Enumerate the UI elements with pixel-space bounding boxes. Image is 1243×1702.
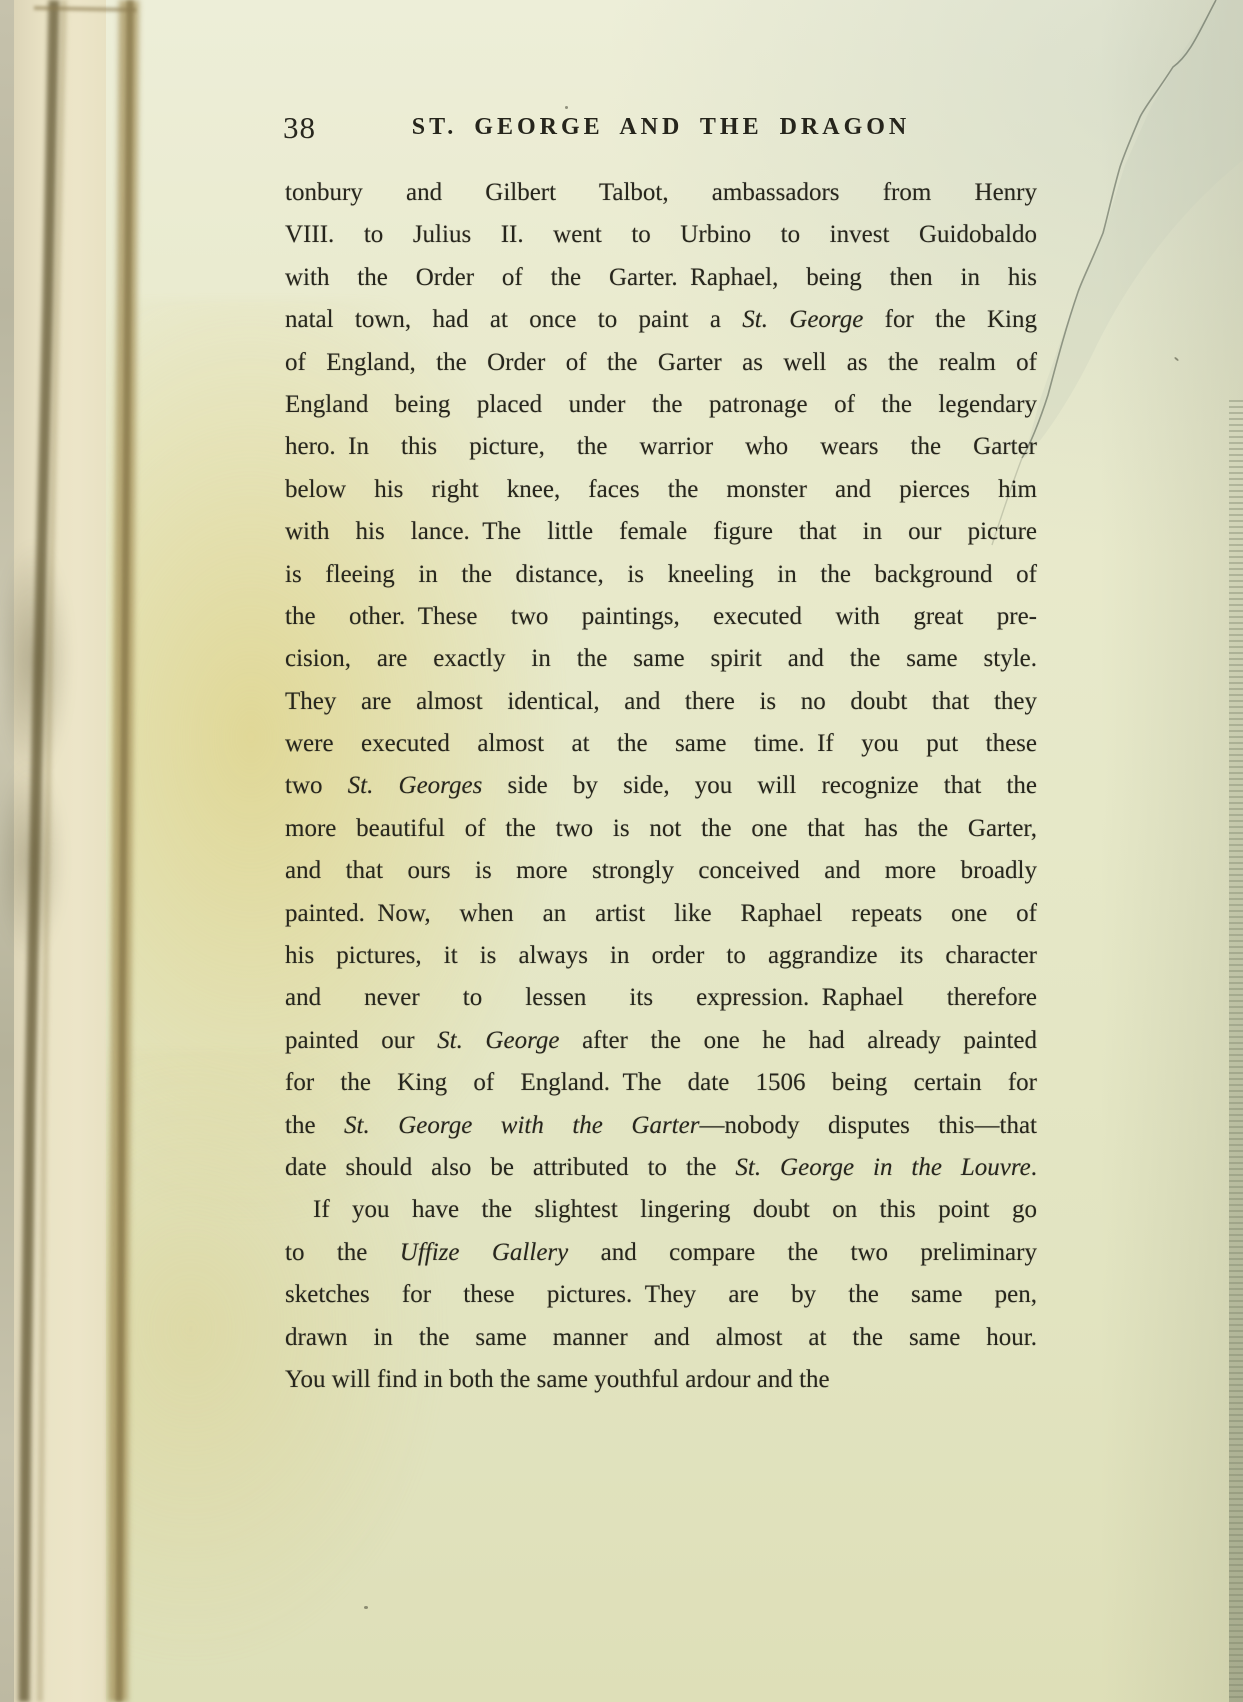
- body-text-segment: and compare the two preliminary: [568, 1239, 1037, 1266]
- paper-shading-right: [1100, 0, 1243, 1702]
- body-text-segment: is fleeing in the distance, is kneeling …: [285, 561, 1037, 588]
- body-text-segment: You will find in both the same youthful …: [285, 1366, 830, 1393]
- text-line: of England, the Order of the Garter as w…: [285, 342, 1037, 384]
- body-text-segment: side by side, you will recognize that th…: [482, 772, 1037, 799]
- binding-line-secondary: [40, 0, 64, 1702]
- text-line: more beautiful of the two is not the one…: [285, 808, 1037, 850]
- body-text-segment: drawn in the same manner and almost at t…: [285, 1324, 1037, 1351]
- text-line: natal town, had at once to paint a St. G…: [285, 299, 1037, 341]
- text-line: painted. Now, when an artist like Raphae…: [285, 893, 1037, 935]
- body-text-segment: sketches for these pictures. They are by…: [285, 1281, 1037, 1308]
- text-line: two St. Georges side by side, you will r…: [285, 765, 1037, 807]
- body-text-segment: after the one he had already painted: [559, 1027, 1037, 1054]
- text-line: If you have the slightest lingering doub…: [285, 1189, 1037, 1231]
- text-line: and that ours is more strongly conceived…: [285, 850, 1037, 892]
- facing-page-edge-strip: [1229, 400, 1243, 1702]
- body-text-segment: were executed almost at the same time. I…: [285, 730, 1037, 757]
- italic-title-text: Uffize Gallery: [400, 1239, 568, 1266]
- dust-speck: [1174, 357, 1179, 362]
- text-line: below his right knee, faces the monster …: [285, 469, 1037, 511]
- italic-title-text: St. George: [742, 306, 863, 333]
- text-line: the other. These two paintings, executed…: [285, 596, 1037, 638]
- body-text-segment: his pictures, it is always in order to a…: [285, 942, 1037, 969]
- text-line: were executed almost at the same time. I…: [285, 723, 1037, 765]
- body-text-segment: below his right knee, faces the monster …: [285, 476, 1037, 503]
- body-text-segment: and that ours is more strongly conceived…: [285, 857, 1037, 884]
- body-text-segment: with his lance. The little female figure…: [285, 518, 1037, 545]
- italic-title-text: St. George with the Garter: [344, 1112, 699, 1139]
- body-text-segment: for the King: [863, 306, 1037, 333]
- text-line: painted our St. George after the one he …: [285, 1020, 1037, 1062]
- italic-title-text: St. George: [437, 1027, 559, 1054]
- text-line: is fleeing in the distance, is kneeling …: [285, 554, 1037, 596]
- text-line: to the Uffize Gallery and compare the tw…: [285, 1232, 1037, 1274]
- text-line: You will find in both the same youthful …: [285, 1359, 1037, 1401]
- body-text-segment: the other. These two paintings, executed…: [285, 603, 1037, 630]
- binding-shadow-blob: [2, 540, 72, 780]
- scanned-book-page: { "page": { "number": "38", "header": "S…: [0, 0, 1243, 1702]
- binding-dark-line: [24, 0, 54, 1702]
- lifted-corner-tint: [1024, 0, 1243, 458]
- body-text-segment: and never to lessen its expression. Raph…: [285, 984, 1037, 1011]
- text-line: VIII. to Julius II. went to Urbino to in…: [285, 214, 1037, 256]
- text-line: with his lance. The little female figure…: [285, 511, 1037, 553]
- body-text-segment: cision, are exactly in the same spirit a…: [285, 645, 1037, 672]
- book-edge-outer-strip: [0, 0, 14, 1702]
- body-text-segment: to the: [285, 1239, 400, 1266]
- body-text-segment: VIII. to Julius II. went to Urbino to in…: [285, 221, 1037, 248]
- italic-title-text: St. Georges: [348, 772, 483, 799]
- text-line: sketches for these pictures. They are by…: [285, 1274, 1037, 1316]
- dust-speck: [565, 106, 568, 109]
- page-edge-tan-band: [118, 0, 129, 1702]
- text-line: drawn in the same manner and almost at t…: [285, 1317, 1037, 1359]
- body-text-segment: date should also be attributed to the: [285, 1154, 735, 1181]
- body-text-segment: for the King of England. The date 1506 b…: [285, 1069, 1037, 1096]
- text-line: They are almost identical, and there is …: [285, 681, 1037, 723]
- text-line: the St. George with the Garter—nobody di…: [285, 1105, 1037, 1147]
- top-left-edge-mark: [34, 8, 136, 10]
- text-line: hero. In this picture, the warrior who w…: [285, 426, 1037, 468]
- body-text-segment: natal town, had at once to paint a: [285, 306, 742, 333]
- text-line: date should also be attributed to the St…: [285, 1147, 1037, 1189]
- running-header: ST. GEORGE AND THE DRAGON: [285, 114, 1037, 141]
- binding-shadow-blob: [0, 760, 66, 960]
- body-text-segment: .: [1031, 1154, 1037, 1181]
- body-text-segment: England being placed under the patronage…: [285, 391, 1037, 418]
- text-line: England being placed under the patronage…: [285, 384, 1037, 426]
- body-text-segment: hero. In this picture, the warrior who w…: [285, 433, 1037, 460]
- text-line: his pictures, it is always in order to a…: [285, 935, 1037, 977]
- italic-title-text: St. George in the Louvre: [735, 1154, 1030, 1181]
- body-text-segment: painted our: [285, 1027, 437, 1054]
- body-text-segment: —nobody disputes this—that: [699, 1112, 1037, 1139]
- body-text-segment: They are almost identical, and there is …: [285, 688, 1037, 715]
- text-line: with the Order of the Garter. Raphael, b…: [285, 257, 1037, 299]
- body-text: tonbury and Gilbert Talbot, ambassadors …: [285, 172, 1037, 1401]
- body-text-segment: of England, the Order of the Garter as w…: [285, 349, 1037, 376]
- paper-crack-line: [1022, 0, 1216, 458]
- body-text-segment: the: [285, 1112, 344, 1139]
- body-text-segment: tonbury and Gilbert Talbot, ambassadors …: [285, 179, 1037, 206]
- body-text-segment: with the Order of the Garter. Raphael, b…: [285, 264, 1037, 291]
- body-text-segment: painted. Now, when an artist like Raphae…: [285, 900, 1037, 927]
- text-line: and never to lessen its expression. Raph…: [285, 977, 1037, 1019]
- page-edge-tan-core: [119, 0, 130, 1702]
- body-text-segment: two: [285, 772, 348, 799]
- text-line: for the King of England. The date 1506 b…: [285, 1062, 1037, 1104]
- text-line: cision, are exactly in the same spirit a…: [285, 638, 1037, 680]
- text-line: tonbury and Gilbert Talbot, ambassadors …: [285, 172, 1037, 214]
- dust-speck: [364, 1606, 368, 1609]
- book-edge-cream-strip: [14, 0, 106, 1702]
- body-text-segment: If you have the slightest lingering doub…: [285, 1196, 1037, 1223]
- body-text-segment: more beautiful of the two is not the one…: [285, 815, 1037, 842]
